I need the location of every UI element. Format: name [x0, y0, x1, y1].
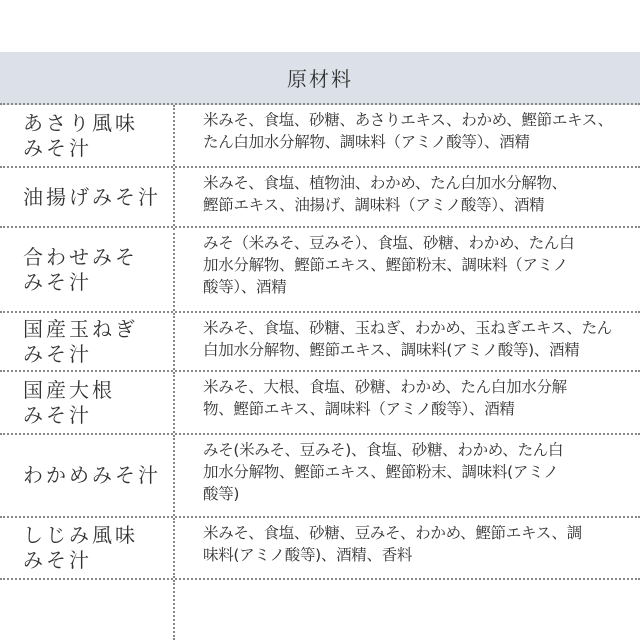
- ingredients-line: たん白加水分解物、調味料（アミノ酸等）、酒精: [203, 131, 640, 153]
- ingredients-line: 味料(アミノ酸等)、酒精、香料: [203, 544, 640, 566]
- table-row: 国産玉ねぎ みそ汁米みそ、食塩、砂糖、玉ねぎ、わかめ、玉ねぎエキス、たん白加水分…: [0, 313, 640, 372]
- table-row: あさり風味 みそ汁米みそ、食塩、砂糖、あさりエキス、わかめ、鰹節エキス、たん白加…: [0, 105, 640, 168]
- table-row: 国産大根 みそ汁米みそ、大根、食塩、砂糖、わかめ、たん白加水分解物、鰹節エキス、…: [0, 372, 640, 435]
- product-name: あさり風味 みそ汁: [0, 105, 175, 166]
- table-row: 油揚げみそ汁米みそ、食塩、植物油、わかめ、たん白加水分解物、鰹節エキス、油揚げ、…: [0, 168, 640, 228]
- ingredients-line: 米みそ、食塩、砂糖、あさりエキス、わかめ、鰹節エキス、: [203, 109, 640, 131]
- ingredients-line: 酸等): [203, 483, 640, 505]
- ingredients-line: みそ(米みそ、豆みそ)、食塩、砂糖、わかめ、たん白: [203, 439, 640, 461]
- product-name: わかめみそ汁: [0, 435, 175, 516]
- empty-row: [0, 580, 640, 640]
- product-name: 国産玉ねぎ みそ汁: [0, 313, 175, 370]
- table-body: あさり風味 みそ汁米みそ、食塩、砂糖、あさりエキス、わかめ、鰹節エキス、たん白加…: [0, 105, 640, 580]
- product-name: しじみ風味 みそ汁: [0, 518, 175, 578]
- ingredients-cell: 米みそ、食塩、砂糖、あさりエキス、わかめ、鰹節エキス、たん白加水分解物、調味料（…: [175, 105, 640, 166]
- ingredients-cell: 米みそ、食塩、砂糖、豆みそ、わかめ、鰹節エキス、調味料(アミノ酸等)、酒精、香料: [175, 518, 640, 578]
- empty-ingredients-cell: [175, 580, 640, 640]
- header-title: 原材料: [287, 63, 353, 92]
- ingredients-line: 加水分解物、鰹節エキス、鰹節粉末、調味料(アミノ: [203, 461, 640, 483]
- ingredients-line: 白加水分解物、鰹節エキス、調味料(アミノ酸等)、酒精: [203, 339, 640, 361]
- product-name: 油揚げみそ汁: [0, 168, 175, 226]
- ingredients-line: 酸等）、酒精: [203, 276, 640, 298]
- ingredients-line: 米みそ、食塩、砂糖、豆みそ、わかめ、鰹節エキス、調: [203, 522, 640, 544]
- ingredients-cell: みそ(米みそ、豆みそ)、食塩、砂糖、わかめ、たん白加水分解物、鰹節エキス、鰹節粉…: [175, 435, 640, 516]
- ingredients-cell: みそ（米みそ、豆みそ）、食塩、砂糖、わかめ、たん白加水分解物、鰹節エキス、鰹節粉…: [175, 228, 640, 311]
- empty-name-cell: [0, 580, 175, 640]
- ingredients-line: みそ（米みそ、豆みそ）、食塩、砂糖、わかめ、たん白: [203, 232, 640, 254]
- ingredients-cell: 米みそ、大根、食塩、砂糖、わかめ、たん白加水分解物、鰹節エキス、調味料（アミノ酸…: [175, 372, 640, 433]
- ingredients-line: 米みそ、食塩、植物油、わかめ、たん白加水分解物、: [203, 172, 640, 194]
- ingredients-cell: 米みそ、食塩、砂糖、玉ねぎ、わかめ、玉ねぎエキス、たん白加水分解物、鰹節エキス、…: [175, 313, 640, 370]
- ingredients-line: 物、鰹節エキス、調味料（アミノ酸等）、酒精: [203, 398, 640, 420]
- ingredients-cell: 米みそ、食塩、植物油、わかめ、たん白加水分解物、鰹節エキス、油揚げ、調味料（アミ…: [175, 168, 640, 226]
- ingredients-line: 鰹節エキス、油揚げ、調味料（アミノ酸等）、酒精: [203, 194, 640, 216]
- table-row: わかめみそ汁みそ(米みそ、豆みそ)、食塩、砂糖、わかめ、たん白加水分解物、鰹節エ…: [0, 435, 640, 518]
- table-header: 原材料: [0, 52, 640, 105]
- table-row: 合わせみそ みそ汁みそ（米みそ、豆みそ）、食塩、砂糖、わかめ、たん白加水分解物、…: [0, 228, 640, 313]
- product-name: 合わせみそ みそ汁: [0, 228, 175, 311]
- ingredients-line: 米みそ、大根、食塩、砂糖、わかめ、たん白加水分解: [203, 376, 640, 398]
- ingredients-line: 加水分解物、鰹節エキス、鰹節粉末、調味料（アミノ: [203, 254, 640, 276]
- ingredients-table: 原材料 あさり風味 みそ汁米みそ、食塩、砂糖、あさりエキス、わかめ、鰹節エキス、…: [0, 52, 640, 640]
- table-row: しじみ風味 みそ汁米みそ、食塩、砂糖、豆みそ、わかめ、鰹節エキス、調味料(アミノ…: [0, 518, 640, 580]
- product-name: 国産大根 みそ汁: [0, 372, 175, 433]
- ingredients-line: 米みそ、食塩、砂糖、玉ねぎ、わかめ、玉ねぎエキス、たん: [203, 317, 640, 339]
